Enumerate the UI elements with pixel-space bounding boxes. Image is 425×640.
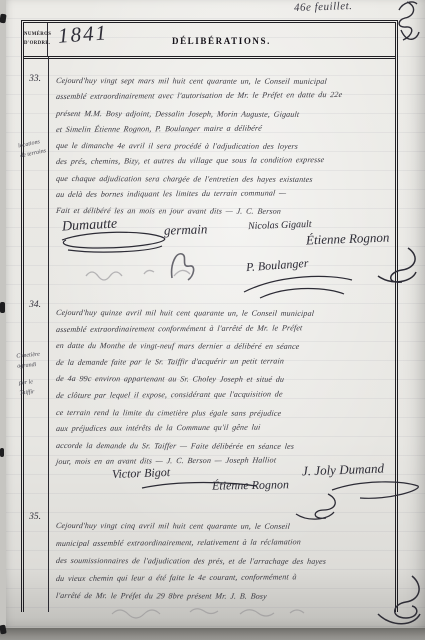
signature: Étienne Rognon — [212, 477, 289, 493]
deliberation-entry-35: Cejourd'huy vingt cinq avril mil huit ce… — [56, 517, 396, 605]
manuscript-line: aux préjudices aux intérêts de la Commun… — [55, 419, 397, 438]
manuscript-line: de la demande faite par le Sr. Taiffir d… — [55, 352, 397, 371]
folio-number: 46e feuillet. — [294, 0, 353, 14]
scribble-icon — [160, 250, 200, 282]
signature-paraph-icon — [358, 246, 420, 286]
signature: Nicolas Gigault — [248, 219, 312, 232]
scan-artifact — [0, 302, 5, 313]
entry-number: 35. — [24, 512, 46, 522]
signature-flourish-icon — [330, 478, 422, 504]
margin-note-line: agrandi — [17, 358, 54, 371]
entry-number: 33. — [24, 74, 46, 84]
scan-shadow-band — [0, 628, 425, 640]
order-number-column-header: NUMÉROS D'ORDRE. — [24, 23, 48, 56]
signature-flourish-icon — [58, 232, 170, 252]
scanned-register-page: 46e feuillet. NUMÉROS D'ORDRE. DÉLIBÉRAT… — [0, 0, 425, 640]
manuscript-line: de clôture par lequel il expose, considé… — [55, 386, 397, 405]
order-header-line1: NUMÉROS — [24, 30, 47, 39]
deliberation-entry-33: Cejourd'huy vingt sept mars mil huit cen… — [56, 73, 396, 220]
manuscript-line: et Simelin Étienne Rognon, P. Boulanger … — [55, 120, 397, 139]
bleedthrough-scribble-icon — [110, 604, 320, 620]
signature: germain — [164, 221, 208, 239]
entry-number: 34. — [24, 300, 46, 310]
manuscript-line: assemblé extraordinairement avec l'autor… — [55, 87, 397, 106]
signature: J. Joly Dumand — [302, 461, 384, 480]
year-annotation: 1841 — [57, 20, 109, 48]
manuscript-line: assemblé extraordinairement conformément… — [55, 319, 397, 338]
manuscript-line: municipal assemblé extraordinairement, r… — [55, 532, 397, 552]
manuscript-line: des prés, chemins, Bizy, et autres du vi… — [55, 152, 397, 171]
manuscript-line: du vieux chemin qui leur a été faite le … — [55, 567, 397, 587]
scan-artifact — [0, 448, 4, 457]
margin-note: Cimetière agrandi par le Taiffir — [16, 349, 56, 399]
manuscript-line: au delà des bornes indiquant les limites… — [55, 185, 397, 204]
pen-flourish-icon — [368, 574, 424, 628]
order-header-line2: D'ORDRE. — [24, 39, 47, 48]
signature-flourish-icon — [240, 272, 360, 300]
deliberation-entry-34: Cejourd'huy quinze avril mil huit cent q… — [56, 305, 396, 471]
